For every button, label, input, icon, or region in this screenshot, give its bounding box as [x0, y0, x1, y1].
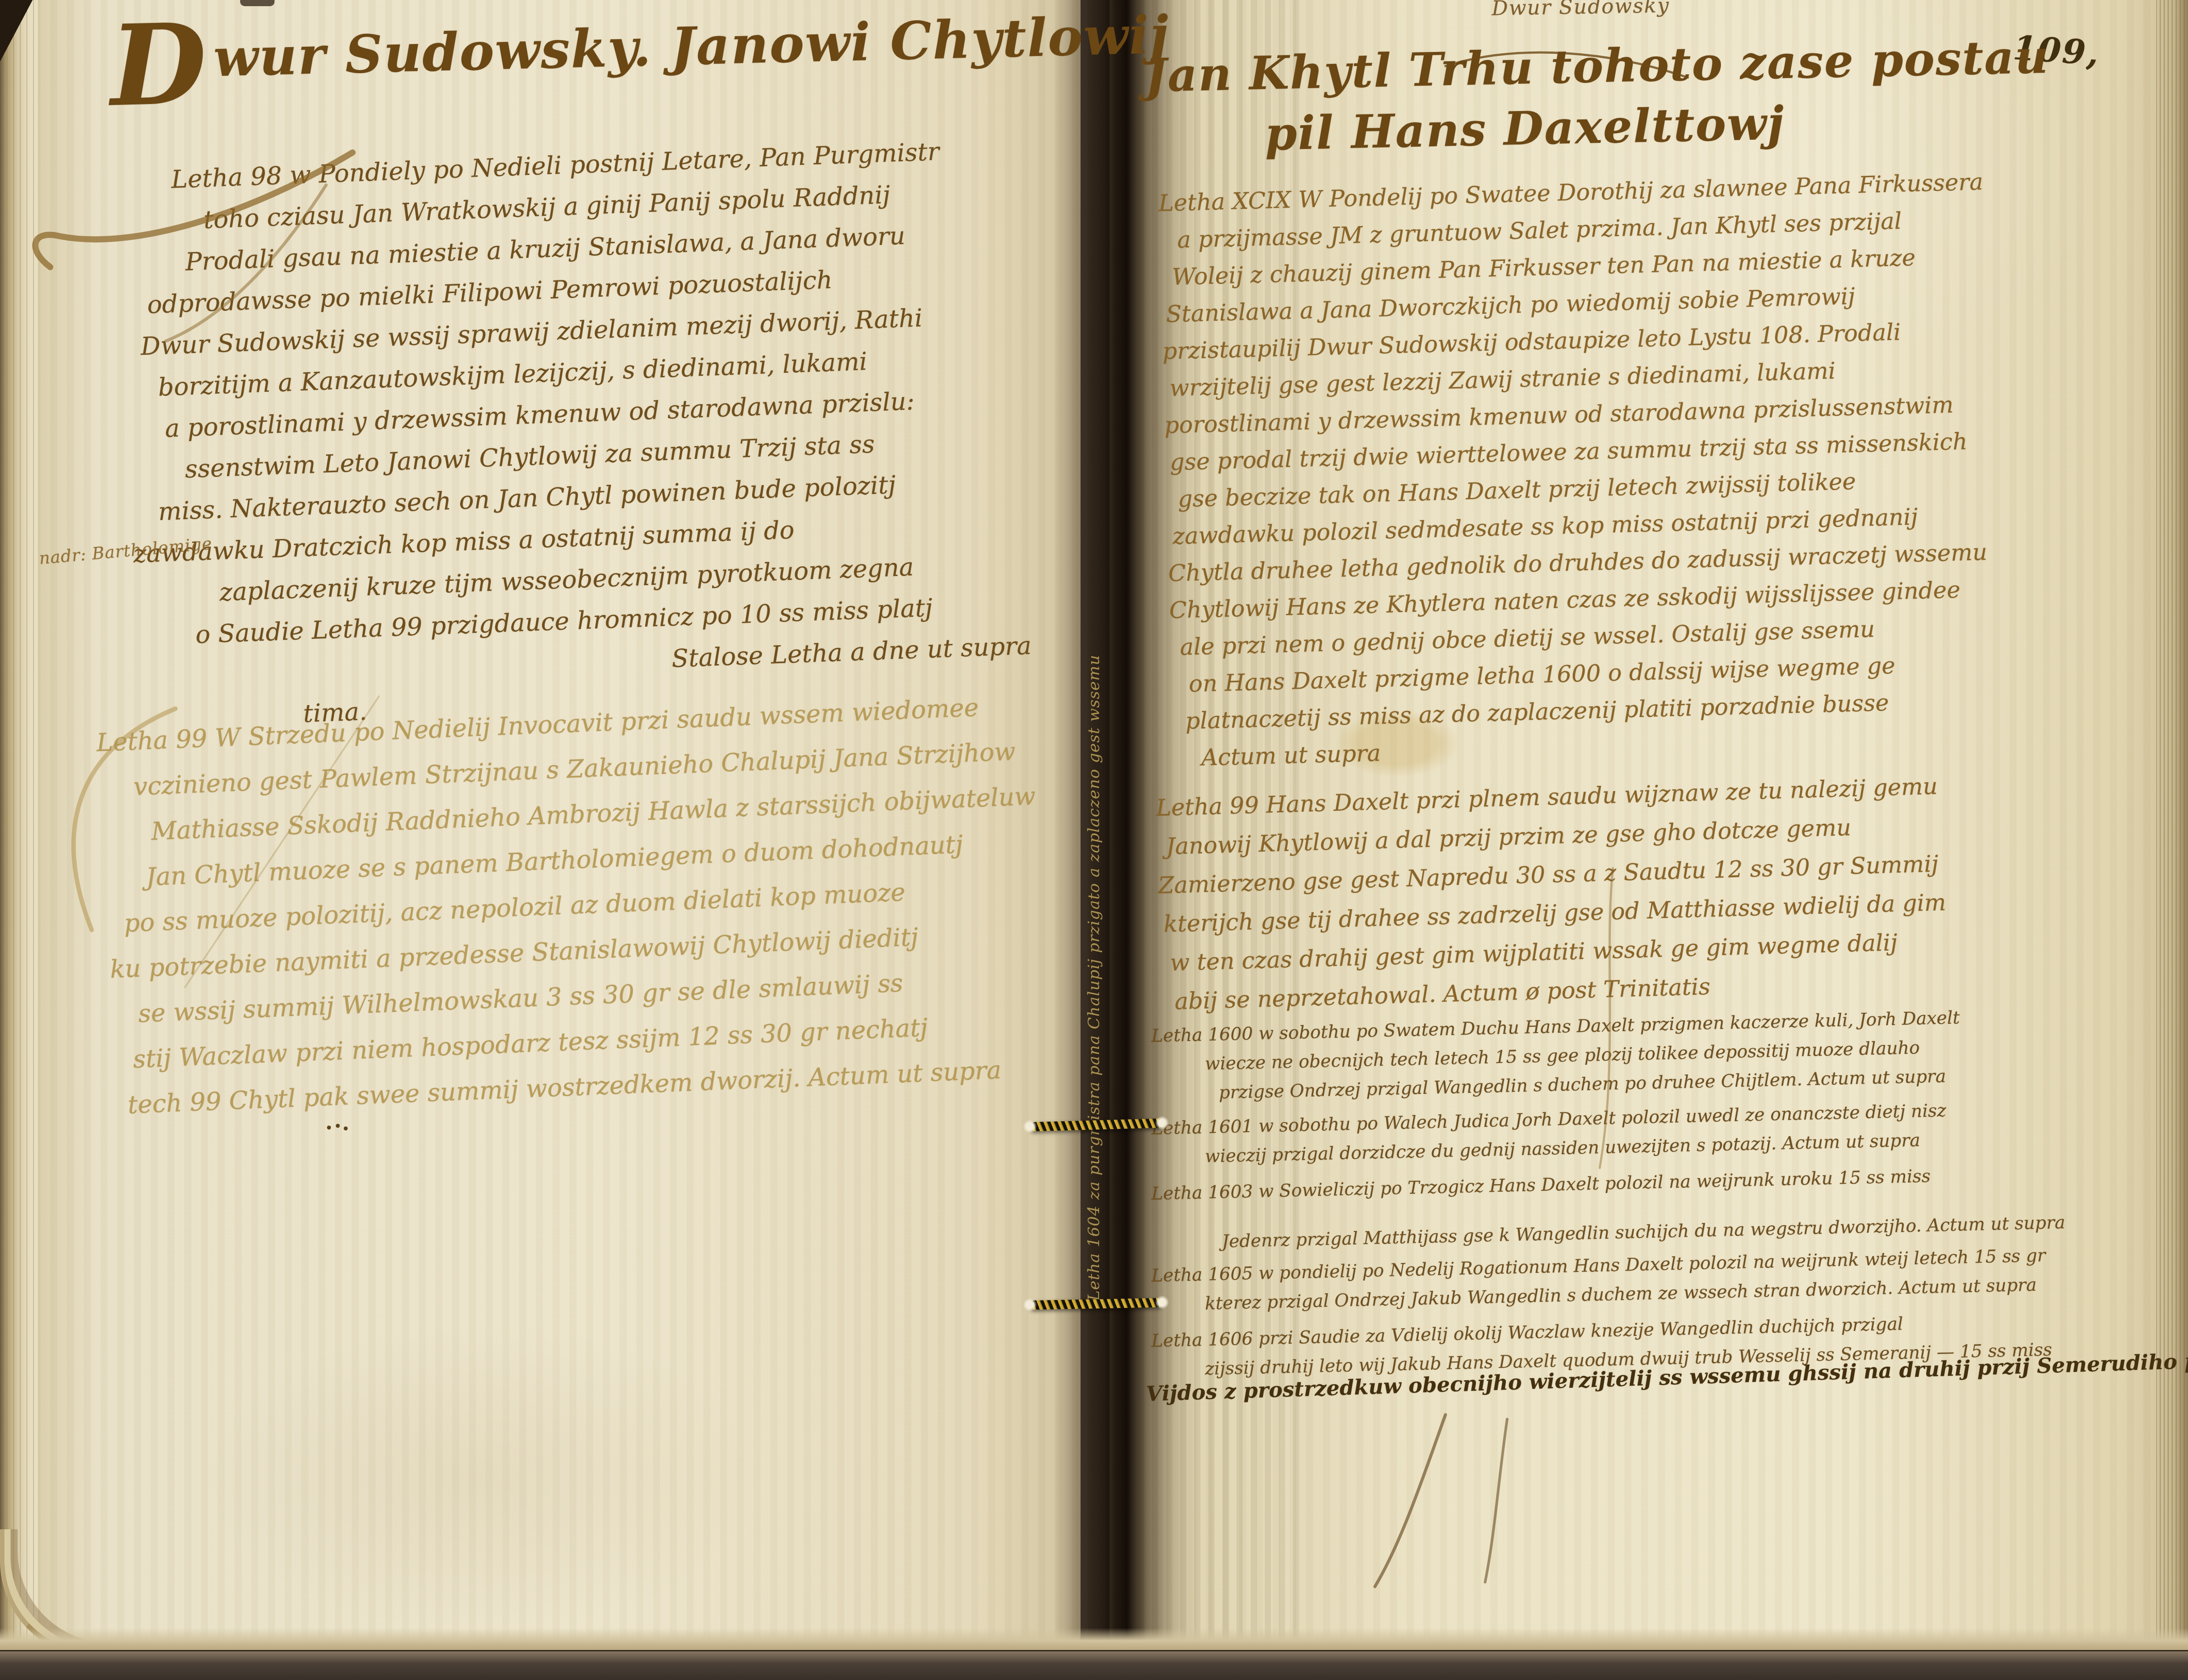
record-entry-letha-xcix: Letha XCIX W Pondelij po Swatee Dorothij…	[1158, 159, 2173, 777]
page-stack-edge-left	[0, 0, 38, 1657]
fore-edge-pages	[2156, 0, 2188, 1657]
book-bottom-edge	[0, 1650, 2188, 1680]
record-entry-letha99-right: Letha 99 Hans Daxelt przi plnem saudu wi…	[1155, 761, 2162, 1022]
gutter-margin-note: Letha 1604 za purgmistra pana Chalupij p…	[1085, 785, 1103, 1301]
ink-dots	[327, 1123, 353, 1132]
page-bottom-edge	[0, 1628, 2188, 1651]
top-edge-mark	[240, 0, 275, 6]
running-header: Dwur Sudowsky	[1492, 0, 1670, 20]
record-entry-letha99-left: Letha 99 W Strzedu po Nedielij Invocavit…	[90, 682, 1071, 1129]
record-entry-letha98: Letha 98 w Pondiely po Nedieli postnij L…	[93, 127, 1079, 742]
heading-initial-letter: D	[109, 0, 209, 131]
manuscript-spread: Dwur Sudowsky. Janowi Chytlowij Letha 98…	[0, 0, 2188, 1680]
